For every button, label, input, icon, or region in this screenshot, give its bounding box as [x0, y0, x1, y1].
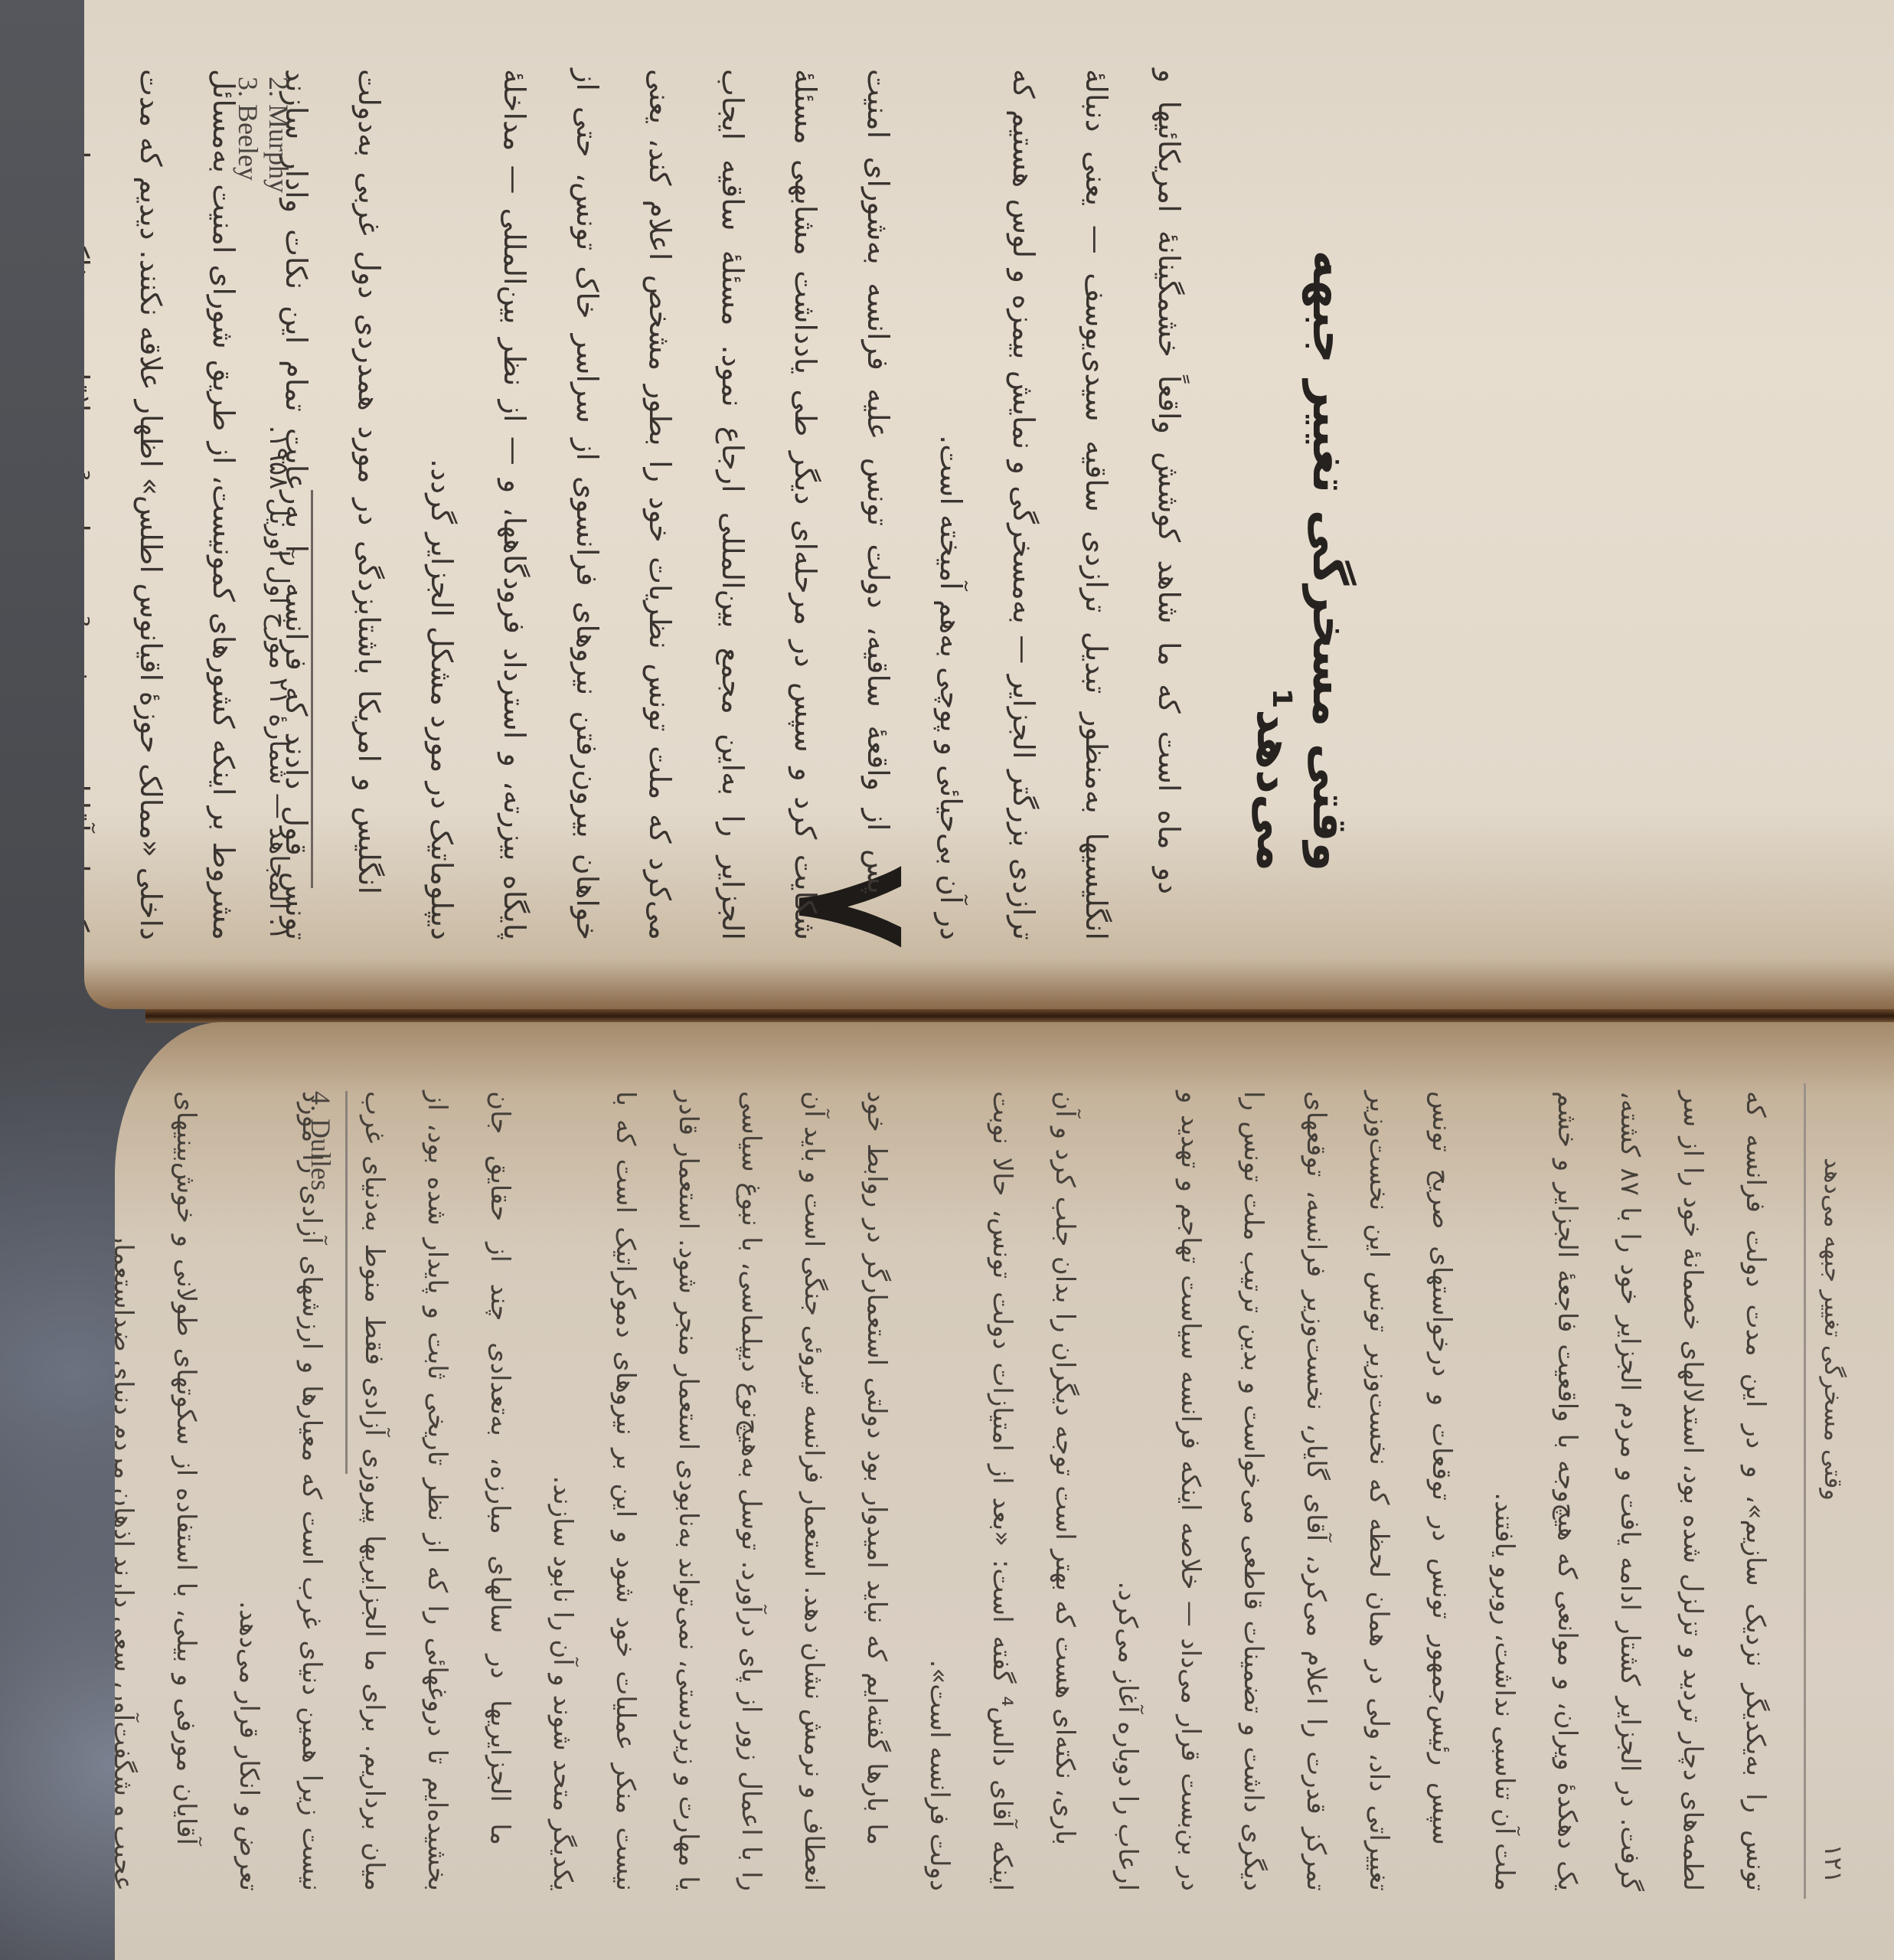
footnotes-latin: 2. Murphy 3. Beeley [233, 77, 294, 193]
page-number: ۱۲۱ [1819, 1844, 1848, 1883]
footnotes-persian: ۱. المجاهد — شمارهٔ ۲۱ مورخ اول آوریل ۱۹… [252, 69, 305, 940]
paragraph: سپس رئیس‌جمهور تونس در توقعات و درخواسته… [1096, 1091, 1473, 1891]
running-head: ۱۲۱ وقتی مسخرگی تغییر جبهه می‌دهد [1802, 1083, 1848, 1899]
header-divider [1804, 1083, 1806, 1899]
footnote-divider [345, 1091, 348, 1474]
book-gutter [145, 1009, 1894, 1023]
running-head-title: وقتی مسخرگی تغییر جبهه می‌دهد [1819, 1158, 1848, 1501]
paragraph: تونس را به‌یکدیگر نزدیک سازیم»، و در این… [1473, 1091, 1787, 1891]
paragraph: انگلیس و امریکا باشتابزدگی در مورد همدرد… [84, 69, 405, 940]
right-page: ۷ وقتی مسخرگی تغییر جبهه می‌دهد¹ دو ماه … [84, 0, 1894, 1009]
paragraph: دو ماه است که ما شاهد کوشش واقعاً خشمگین… [914, 69, 1205, 940]
chapter-title: وقتی مسخرگی تغییر جبهه می‌دهد¹ [1246, 106, 1358, 871]
paragraph: باری، نکته‌ای هست که بهتر است توجه دیگرا… [908, 1091, 1096, 1891]
footnotes-latin: 4. Dulles [305, 1091, 336, 1191]
footnote-3: 3. Beeley [233, 77, 263, 193]
footnote-divider [311, 490, 313, 888]
paragraph: پس از واقعهٔ ساقیه، دولت تونس علیه فرانس… [405, 69, 914, 940]
left-page-body: تونس را به‌یکدیگر نزدیک سازیم»، و در این… [115, 1091, 1787, 1891]
footnote-1: ۱. المجاهد — شمارهٔ ۲۱ مورخ اول آوریل ۱۹… [252, 69, 305, 940]
paragraph: آقایان مورفی و بیلی، با استفاده از سکوته… [115, 1091, 217, 1891]
left-page-content: ۱۲۱ وقتی مسخرگی تغییر جبهه می‌دهد تونس ر… [115, 1022, 1894, 1960]
footnote-2: 2. Murphy [263, 77, 294, 193]
paragraph: ما الجزایریها در سالهای مبارزه، به‌تعداد… [217, 1091, 531, 1891]
footnote-4: 4. Dulles [305, 1091, 336, 1191]
paragraph: ما بارها گفته‌ایم که نباید امیدوار بود د… [531, 1091, 908, 1891]
left-page: ۱۲۱ وقتی مسخرگی تغییر جبهه می‌دهد تونس ر… [115, 1022, 1894, 1960]
right-page-content: ۷ وقتی مسخرگی تغییر جبهه می‌دهد¹ دو ماه … [84, 0, 1894, 1009]
